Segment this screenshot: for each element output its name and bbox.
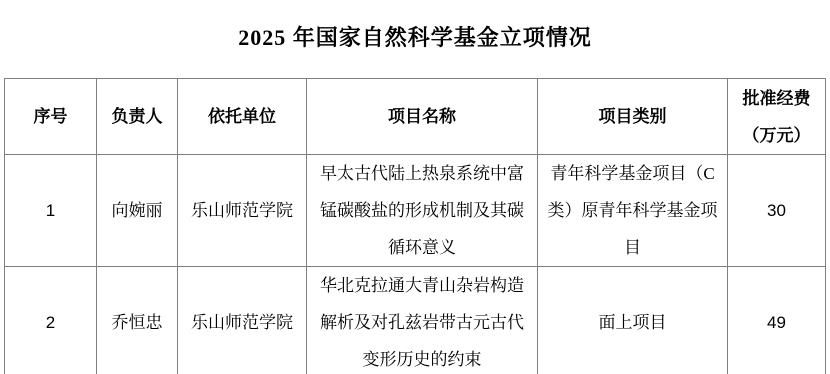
col-header-project-category: 项目类别 bbox=[538, 79, 728, 155]
cell-approved-funding: 49 bbox=[728, 267, 826, 374]
cell-leader: 乔恒忠 bbox=[97, 267, 178, 374]
cell-project-category: 面上项目 bbox=[538, 267, 728, 374]
cell-institution: 乐山师范学院 bbox=[178, 267, 307, 374]
table-header-row: 序号 负责人 依托单位 项目名称 项目类别 批准经费 （万元） bbox=[5, 79, 826, 155]
cell-institution: 乐山师范学院 bbox=[178, 155, 307, 267]
cell-project-category: 青年科学基金项目（C 类）原青年科学基金项 目 bbox=[538, 155, 728, 267]
col-header-serial-no: 序号 bbox=[5, 79, 97, 155]
page-title: 2025 年国家自然科学基金立项情况 bbox=[0, 21, 830, 52]
table-row: 2 乔恒忠 乐山师范学院 华北克拉通大青山杂岩构造 解析及对孔兹岩带古元古代 变… bbox=[5, 267, 826, 374]
cell-project-name: 华北克拉通大青山杂岩构造 解析及对孔兹岩带古元古代 变形历史的约束 bbox=[307, 267, 538, 374]
cell-leader: 向婉丽 bbox=[97, 155, 178, 267]
col-header-project-name: 项目名称 bbox=[307, 79, 538, 155]
table-row: 1 向婉丽 乐山师范学院 早太古代陆上热泉系统中富 锰碳酸盐的形成机制及其碳 循… bbox=[5, 155, 826, 267]
cell-serial-no: 1 bbox=[5, 155, 97, 267]
col-header-leader: 负责人 bbox=[97, 79, 178, 155]
col-header-approved-funding: 批准经费 （万元） bbox=[728, 79, 826, 155]
cell-project-name: 早太古代陆上热泉系统中富 锰碳酸盐的形成机制及其碳 循环意义 bbox=[307, 155, 538, 267]
document-page: 2025 年国家自然科学基金立项情况 序号 负责人 依托单位 项目名称 项目类别… bbox=[0, 0, 830, 374]
grant-projects-table: 序号 负责人 依托单位 项目名称 项目类别 批准经费 （万元） 1 向婉丽 乐山… bbox=[4, 78, 826, 374]
col-header-institution: 依托单位 bbox=[178, 79, 307, 155]
cell-serial-no: 2 bbox=[5, 267, 97, 374]
cell-approved-funding: 30 bbox=[728, 155, 826, 267]
